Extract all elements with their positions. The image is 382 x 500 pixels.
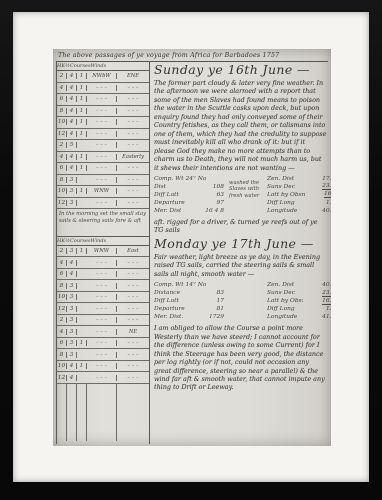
log-section-sunday: H K ½ Courses Winds: [56, 62, 328, 236]
knots-cell: 3: [67, 188, 77, 194]
log-row: 8 3 – – – – – –: [57, 349, 149, 361]
wind-cell: – – –: [117, 375, 149, 381]
course-cell: – – –: [87, 165, 117, 171]
knots-cell: 4: [67, 73, 77, 79]
nav-value: 1729: [209, 314, 226, 320]
nav-item: Latt by Obs: 16.25: [267, 297, 331, 305]
hour-cell: 10: [57, 119, 67, 125]
nav-item: Diff Long 1.40: [267, 199, 331, 207]
log-row: 12 3 – – – – – –: [57, 303, 149, 315]
hour-cell: 4: [57, 154, 67, 160]
nav-right-column: Zen. Dist 40.25 Suns Dec 23.20: [267, 281, 331, 321]
hour-cell: 12: [57, 306, 67, 312]
log-table-header: H K ½ Courses Winds: [57, 236, 149, 246]
journal-postscript-monday: I am obliged to allow the Course a point…: [154, 324, 327, 392]
course-cell: – – –: [87, 260, 117, 266]
knots-cell: 3: [67, 317, 77, 323]
hour-cell: 10: [57, 188, 67, 194]
hour-cell: 12: [57, 131, 67, 137]
wind-cell: – – –: [117, 96, 149, 102]
course-cell: – – –: [87, 340, 117, 346]
knots-cell: 3: [67, 177, 77, 183]
nav-value: 40.23: [322, 208, 331, 214]
nav-item: Diff Latt 63: [154, 191, 226, 199]
navigation-summary-sunday: Comp. Wt 24° No Dist 108 Diff: [154, 175, 327, 215]
course-cell: – – –: [87, 108, 117, 114]
nav-item: Suns Dec 23.30: [267, 183, 331, 191]
wind-cell: – – –: [117, 119, 149, 125]
nav-item: Diff Latt 17: [154, 297, 226, 305]
hour-cell: 4: [57, 85, 67, 91]
nav-label: Comp. Wt 24° No: [154, 176, 206, 182]
nav-label: Diff Long: [267, 200, 295, 206]
log-row: 10 3 – – – – – –: [57, 292, 149, 304]
knots-cell: 3: [67, 306, 77, 312]
ruled-line: [76, 384, 77, 441]
hour-cell: 6: [57, 165, 67, 171]
nav-label: Longitude: [267, 208, 297, 214]
knots-cell: 3: [67, 340, 77, 346]
hour-cell: 8: [57, 283, 67, 289]
nav-label: Longitude: [267, 314, 297, 320]
wind-cell: – – –: [117, 317, 149, 323]
log-row: 4 4 1 – – – – – –: [57, 83, 149, 95]
half-knots-cell: 1: [77, 131, 87, 137]
course-cell: WNW: [87, 248, 117, 254]
wind-cell: – – –: [117, 188, 149, 194]
nav-label: Comp. Wt 14° No: [154, 282, 206, 288]
hour-cell: 2: [57, 73, 67, 79]
knots-cell: 4: [67, 165, 77, 171]
journal-column-sunday: Sunday ye 16th June — The former part cl…: [150, 62, 328, 236]
ruled-line: [66, 384, 67, 441]
wind-cell: – – –: [117, 85, 149, 91]
course-cell: – – –: [87, 294, 117, 300]
wind-cell: ENE: [117, 73, 149, 79]
column-header: Winds: [91, 63, 107, 69]
hour-cell: 4: [57, 260, 67, 266]
wind-cell: – – –: [117, 108, 149, 114]
logbook-page: The above passages of ye voyage from Afr…: [53, 49, 331, 446]
journal-entry-sunday: The former part cloudy & later very fine…: [154, 79, 327, 172]
wind-cell: – – –: [117, 131, 149, 137]
log-table-monday: H K ½ Courses Winds: [56, 236, 150, 444]
log-row: 8 3 – – – – – –: [57, 280, 149, 292]
course-cell: – – –: [87, 363, 117, 369]
knots-cell: 4: [67, 85, 77, 91]
course-cell: – – –: [87, 96, 117, 102]
navigation-summary-monday: Comp. Wt 14° No Distance 83 D: [154, 281, 327, 321]
course-cell: – – –: [87, 119, 117, 125]
nav-value: 108: [213, 184, 226, 190]
nav-value: 16 4 8: [205, 208, 226, 214]
day-title-monday: Monday ye 17th June —: [154, 236, 327, 252]
nav-item: Latt by Obsn 16. 3: [267, 191, 331, 199]
knots-cell: 4: [67, 131, 77, 137]
log-table-header: H K ½ Courses Winds: [57, 62, 149, 71]
margin-note: In the morning set the small stay sails …: [57, 209, 149, 236]
day-title-sunday: Sunday ye 16th June —: [154, 62, 327, 78]
wind-cell: – – –: [117, 177, 149, 183]
nav-value: 41.47: [322, 314, 331, 320]
knots-cell: 3: [67, 329, 77, 335]
course-cell: – – –: [87, 283, 117, 289]
wind-cell: – – –: [117, 306, 149, 312]
wind-cell: – – –: [117, 352, 149, 358]
log-row: 6 4 1 – – – – – –: [57, 94, 149, 106]
log-row: 2 3 1 WNW East: [57, 246, 149, 258]
nav-item: Mer. Dist. 1729: [154, 313, 226, 321]
course-cell: – – –: [87, 352, 117, 358]
half-knots-cell: 1: [77, 363, 87, 369]
nav-value: 83: [217, 290, 227, 296]
hour-cell: 10: [57, 294, 67, 300]
half-knots-cell: 1: [77, 154, 87, 160]
nav-item: Comp. Wt 24° No: [154, 175, 226, 183]
wind-cell: – – –: [117, 283, 149, 289]
wind-cell: – – –: [117, 363, 149, 369]
knots-cell: 5: [67, 142, 77, 148]
log-row: 6 3 1 – – – – – –: [57, 338, 149, 350]
hour-cell: 8: [57, 177, 67, 183]
log-row: 2 5 – – – – – –: [57, 140, 149, 152]
mat-border: The above passages of ye voyage from Afr…: [13, 12, 369, 482]
wind-cell: – – –: [117, 200, 149, 206]
nav-label: Diff Latt: [154, 192, 179, 198]
nav-label: Departure: [154, 200, 185, 206]
nav-label: Departure: [154, 306, 185, 312]
hour-cell: 2: [57, 317, 67, 323]
knots-cell: 3: [67, 352, 77, 358]
nav-value: 16. 3: [324, 191, 331, 198]
nav-item: Departure 81: [154, 305, 226, 313]
hour-cell: 6: [57, 340, 67, 346]
half-knots-cell: 1: [77, 248, 87, 254]
nav-label: Suns Dec: [267, 184, 295, 190]
nav-value: 17.15: [322, 176, 331, 182]
log-row: 6 4 – – – – – –: [57, 269, 149, 281]
half-knots-cell: 1: [77, 119, 87, 125]
wind-cell: Easterly: [117, 154, 149, 160]
hour-cell: 2: [57, 142, 67, 148]
nav-label: Latt by Obs:: [267, 298, 304, 304]
column-header: Courses: [70, 238, 91, 244]
nav-value: 81: [217, 306, 227, 312]
log-row: 10 4 1 – – – – – –: [57, 117, 149, 129]
nav-item: Zen. Dist 40.25: [267, 281, 331, 289]
nav-value: 23.30: [322, 183, 331, 190]
nav-annotation: washed the Slaves with fresh water: [226, 175, 267, 215]
log-row: 4 4 – – – – – –: [57, 257, 149, 269]
knots-cell: 4: [67, 108, 77, 114]
knots-cell: 3: [67, 283, 77, 289]
picture-frame: The above passages of ye voyage from Afr…: [0, 0, 382, 500]
wind-cell: – – –: [117, 165, 149, 171]
nav-annotation: [226, 281, 267, 321]
wind-cell: – – –: [117, 260, 149, 266]
hour-cell: 8: [57, 108, 67, 114]
course-cell: – – –: [87, 177, 117, 183]
course-cell: – – –: [87, 142, 117, 148]
log-table-body-sunday: 2 4 1 NWbW ENE 4 4 1 – – –: [57, 71, 149, 209]
log-table-body-monday: 2 3 1 WNW East 4 4 – – –: [57, 246, 149, 384]
nav-value: 1.40: [326, 200, 331, 206]
journal-column-monday: Monday ye 17th June — Fair weather, ligh…: [150, 236, 328, 444]
page-caption: The above passages of ye voyage from Afr…: [56, 51, 328, 62]
wind-cell: – – –: [117, 294, 149, 300]
log-row: 12 4 – – – – – –: [57, 372, 149, 384]
wind-cell: East: [117, 248, 149, 254]
nav-label: Latt by Obsn: [267, 192, 305, 198]
ruled-line: [86, 384, 87, 441]
nav-label: Dist: [154, 184, 166, 190]
log-row: 12 4 1 – – – – – –: [57, 129, 149, 141]
log-row: 12 3 – – – – – –: [57, 198, 149, 210]
log-row: 4 3 – – – NE: [57, 326, 149, 338]
course-cell: NWbW: [87, 73, 117, 79]
half-knots-cell: 1: [77, 85, 87, 91]
knots-cell: 4: [67, 260, 77, 266]
log-row: 6 4 1 – – – – – –: [57, 163, 149, 175]
half-knots-cell: 1: [77, 340, 87, 346]
nav-item: Distance 83: [154, 289, 226, 297]
nav-right-column: Zen. Dist 17.15 Suns Dec 23.30: [267, 175, 331, 215]
nav-value: 1.24: [326, 306, 331, 312]
nav-label: Diff Long: [267, 306, 295, 312]
nav-value: 40.25: [322, 282, 331, 288]
course-cell: – – –: [87, 317, 117, 323]
nav-item: Mer. Dist 16 4 8: [154, 207, 226, 215]
hour-cell: 4: [57, 329, 67, 335]
nav-value: 16.25: [322, 298, 331, 305]
ruled-lines: [57, 384, 149, 444]
course-cell: – – –: [87, 200, 117, 206]
nav-value: 63: [217, 192, 227, 198]
ruled-line: [116, 384, 117, 441]
hour-cell: 12: [57, 375, 67, 381]
hour-cell: 10: [57, 363, 67, 369]
nav-item: Longitude 40.23: [267, 207, 331, 215]
log-table-sunday: H K ½ Courses Winds: [56, 62, 150, 236]
knots-cell: 4: [67, 119, 77, 125]
nav-item: Longitude 41.47: [267, 313, 331, 321]
log-row: 10 3 1 WNW – – –: [57, 186, 149, 198]
course-cell: WNW: [87, 188, 117, 194]
knots-cell: 3: [67, 248, 77, 254]
hour-cell: 8: [57, 352, 67, 358]
log-row: 8 3 – – – – – –: [57, 175, 149, 187]
log-row: 2 4 1 NWbW ENE: [57, 71, 149, 83]
knots-cell: 4: [67, 271, 77, 277]
log-row: 4 4 1 – – – Easterly: [57, 152, 149, 164]
nav-item: Departure 97: [154, 199, 226, 207]
half-knots-cell: 1: [77, 96, 87, 102]
hour-cell: 2: [57, 248, 67, 254]
nav-label: Distance: [154, 290, 180, 296]
nav-item: Suns Dec 23.20: [267, 289, 331, 297]
nav-label: Zen. Dist: [267, 282, 294, 288]
course-cell: – – –: [87, 306, 117, 312]
course-cell: – – –: [87, 271, 117, 277]
wind-cell: – – –: [117, 142, 149, 148]
hour-cell: 6: [57, 271, 67, 277]
half-knots-cell: 1: [77, 188, 87, 194]
nav-value: 17: [217, 298, 227, 304]
column-header: Winds: [91, 238, 107, 244]
nav-value: 23.20: [322, 290, 331, 297]
half-knots-cell: 1: [77, 108, 87, 114]
column-header: Courses: [70, 63, 91, 69]
half-knots-cell: 1: [77, 165, 87, 171]
nav-value: 97: [217, 200, 227, 206]
journal-postscript-sunday: aft. rigged for a driver, & turned ye re…: [154, 218, 327, 235]
nav-item: Zen. Dist 17.15: [267, 175, 331, 183]
course-cell: – – –: [87, 375, 117, 381]
wind-cell: NE: [117, 329, 149, 335]
knots-cell: 4: [67, 363, 77, 369]
hour-cell: 12: [57, 200, 67, 206]
nav-item: Comp. Wt 14° No: [154, 281, 226, 289]
nav-label: Mer. Dist.: [154, 314, 183, 320]
knots-cell: 4: [67, 96, 77, 102]
nav-label: Diff Latt: [154, 298, 179, 304]
nav-label: Zen. Dist: [267, 176, 294, 182]
knots-cell: 4: [67, 154, 77, 160]
knots-cell: 3: [67, 200, 77, 206]
hour-cell: 6: [57, 96, 67, 102]
nav-left-column: Comp. Wt 14° No Distance 83 D: [154, 281, 226, 321]
log-row: 2 3 – – – – – –: [57, 315, 149, 327]
half-knots-cell: 1: [77, 73, 87, 79]
course-cell: – – –: [87, 85, 117, 91]
wind-cell: – – –: [117, 340, 149, 346]
nav-left-column: Comp. Wt 24° No Dist 108 Diff: [154, 175, 226, 215]
course-cell: – – –: [87, 154, 117, 160]
nav-label: Suns Dec: [267, 290, 295, 296]
log-row: 8 4 1 – – – – – –: [57, 106, 149, 118]
course-cell: – – –: [87, 131, 117, 137]
journal-entry-monday: Fair weather, light breeze as ye day, in…: [154, 253, 327, 278]
course-cell: – – –: [87, 329, 117, 335]
knots-cell: 3: [67, 294, 77, 300]
nav-label: Mer. Dist: [154, 208, 181, 214]
log-section-monday: H K ½ Courses Winds: [56, 236, 328, 444]
nav-item: Diff Long 1.24: [267, 305, 331, 313]
log-row: 10 4 1 – – – – – –: [57, 361, 149, 373]
knots-cell: 4: [67, 375, 77, 381]
nav-item: Dist 108: [154, 183, 226, 191]
wind-cell: – – –: [117, 271, 149, 277]
